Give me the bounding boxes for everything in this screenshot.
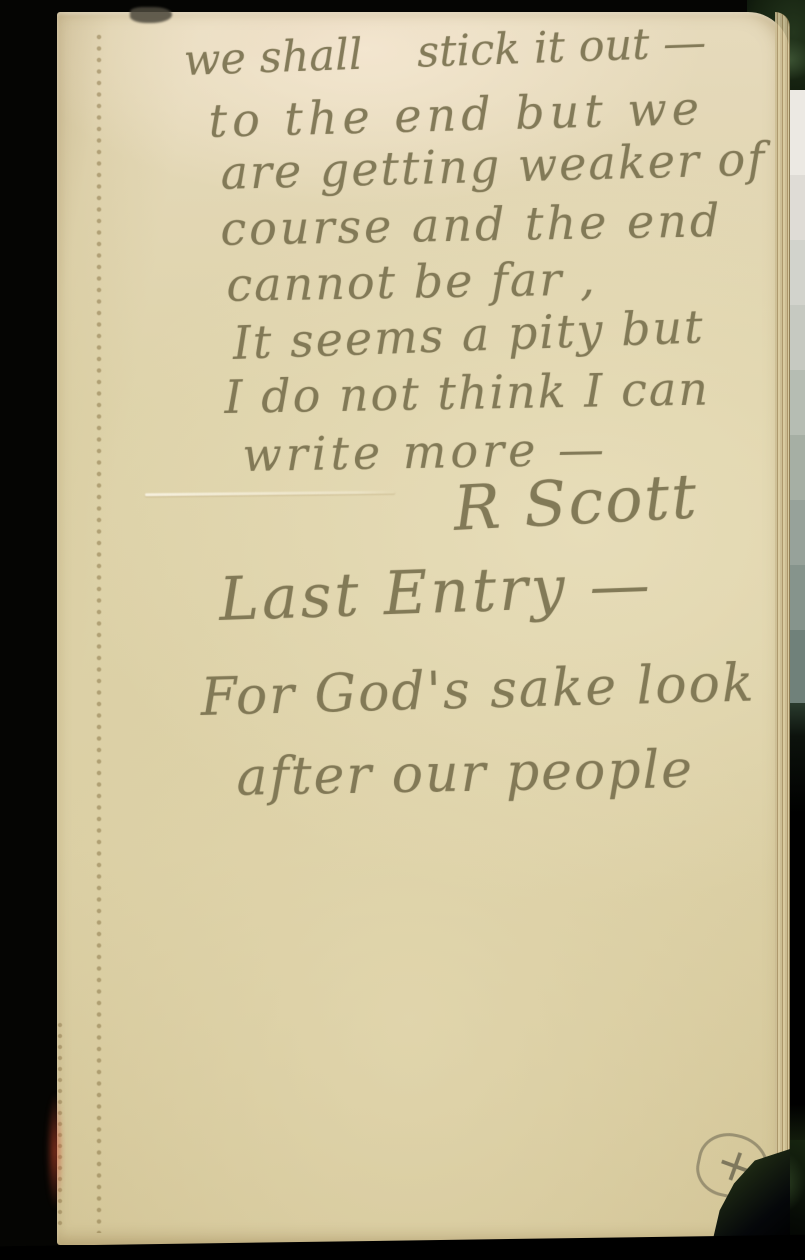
handwriting-line: For God's sake look bbox=[200, 657, 756, 724]
handwriting-line: are getting weaker of bbox=[220, 136, 767, 196]
handwriting-line: cannot be far , bbox=[226, 256, 597, 308]
handwriting-line: I do not think I can bbox=[224, 366, 710, 420]
handwriting-line: It seems a pity but bbox=[232, 304, 705, 366]
red-edge-tint bbox=[46, 1092, 64, 1210]
diary-page: we shall stick it out —to the end but we… bbox=[57, 12, 790, 1245]
top-edge-tear bbox=[130, 7, 172, 23]
handwriting-layer: we shall stick it out —to the end but we… bbox=[57, 12, 790, 1245]
handwriting-line: we shall stick it out — bbox=[183, 22, 707, 83]
manuscript-photo: we shall stick it out —to the end but we… bbox=[0, 0, 805, 1260]
handwriting-line: course and the end bbox=[220, 197, 723, 252]
handwriting-line: R Scott bbox=[452, 465, 700, 540]
handwriting-line: after our people bbox=[236, 744, 694, 804]
handwriting-line: Last Entry — bbox=[218, 555, 654, 630]
